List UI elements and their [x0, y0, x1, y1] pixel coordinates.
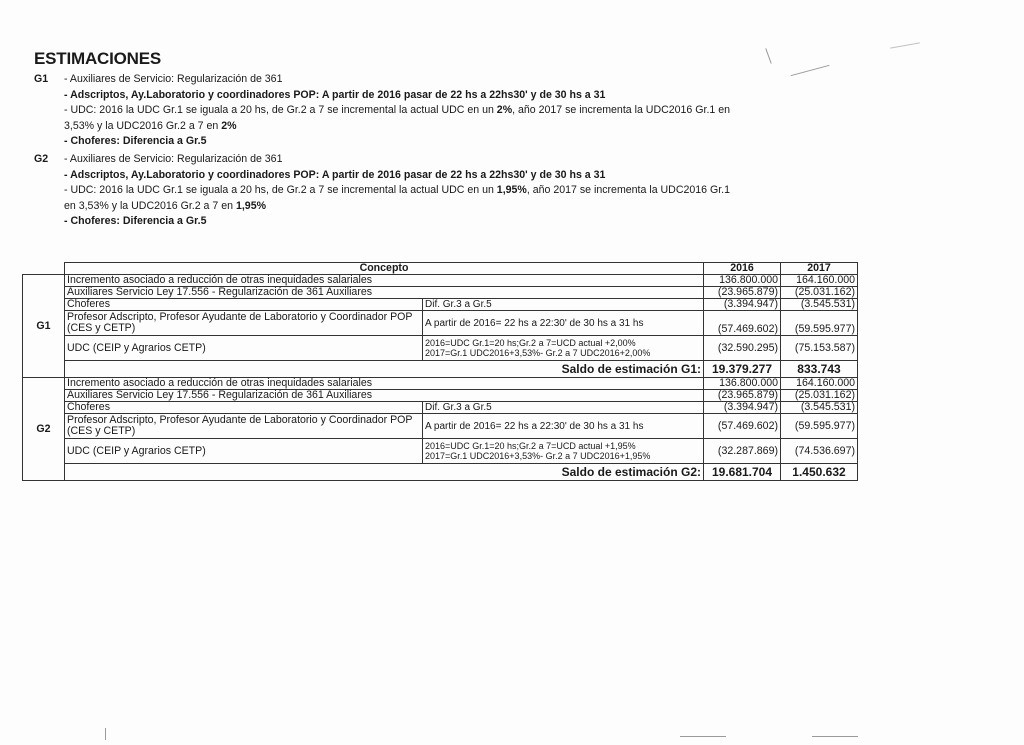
udc-text: - UDC: 2016 la UDC Gr.1 se iguala a 20 h… — [64, 104, 497, 116]
value-2016: (57.469.602) — [704, 311, 781, 336]
udc-pct: 2% — [221, 120, 236, 132]
est-line: - Auxiliares de Servicio: Regularización… — [34, 152, 736, 168]
table-row: UDC (CEIP y Agrarios CETP) 2016=UDC Gr.1… — [23, 439, 858, 464]
udc-pct: 2% — [497, 104, 512, 116]
udc-pct: 1,95% — [497, 184, 527, 196]
est-line-udc: - UDC: 2016 la UDC Gr.1 se iguala a 20 h… — [34, 183, 736, 214]
table-row: Profesor Adscripto, Profesor Ayudante de… — [23, 311, 858, 336]
value-2017: (75.153.587) — [781, 336, 858, 361]
header-concepto: Concepto — [65, 263, 704, 275]
value-2017: 164.160.000 — [781, 275, 858, 287]
scan-mark — [791, 65, 830, 76]
est-line: - Adscriptos, Ay.Laboratorio y coordinad… — [34, 168, 736, 184]
value-2017: (74.536.697) — [781, 439, 858, 464]
concept-cell: Incremento asociado a reducción de otras… — [65, 275, 704, 287]
group-label-g1: G1 — [34, 72, 48, 88]
value-2017: (3.545.531) — [781, 402, 858, 414]
header-2016: 2016 — [704, 263, 781, 275]
concept-cell: Profesor Adscripto, Profesor Ayudante de… — [65, 311, 423, 336]
value-2017: (59.595.977) — [781, 311, 858, 336]
est-line: - Choferes: Diferencia a Gr.5 — [34, 134, 736, 150]
value-2016: (57.469.602) — [704, 414, 781, 439]
table-header-row: Concepto 2016 2017 — [23, 263, 858, 275]
concept-cell: Choferes — [65, 299, 423, 311]
detail-cell: A partir de 2016= 22 hs a 22:30' de 30 h… — [423, 414, 704, 439]
concept-cell: UDC (CEIP y Agrarios CETP) — [65, 336, 423, 361]
detail-line: 2016=UDC Gr.1=20 hs;Gr.2 a 7=UCD actual … — [425, 338, 701, 348]
concept-cell: Incremento asociado a reducción de otras… — [65, 378, 704, 390]
detail-line: 2017=Gr.1 UDC2016+3,53%- Gr.2 a 7 UDC201… — [425, 451, 701, 461]
udc-text: - UDC: 2016 la UDC Gr.1 se iguala a 20 h… — [64, 184, 497, 196]
saldo-2017: 1.450.632 — [781, 464, 858, 481]
est-line-udc: - UDC: 2016 la UDC Gr.1 se iguala a 20 h… — [34, 103, 736, 134]
value-2017: (25.031.162) — [781, 287, 858, 299]
table-row: Choferes Dif. Gr.3 a Gr.5 (3.394.947) (3… — [23, 299, 858, 311]
saldo-row-g1: Saldo de estimación G1: 19.379.277 833.7… — [23, 361, 858, 378]
value-2017: (59.595.977) — [781, 414, 858, 439]
value-2017: (25.031.162) — [781, 390, 858, 402]
empty-corner — [23, 263, 65, 275]
estimaciones-g1: G1 - Auxiliares de Servicio: Regularizac… — [34, 72, 736, 150]
saldo-row-g2: Saldo de estimación G2: 19.681.704 1.450… — [23, 464, 858, 481]
concept-cell: Auxiliares Servicio Ley 17.556 - Regular… — [65, 390, 704, 402]
table-row: Auxiliares Servicio Ley 17.556 - Regular… — [23, 390, 858, 402]
value-2016: (32.287.869) — [704, 439, 781, 464]
detail-cell: A partir de 2016= 22 hs a 22:30' de 30 h… — [423, 311, 704, 336]
value-2016: (23.965.879) — [704, 390, 781, 402]
value-2016: 136.800.000 — [704, 378, 781, 390]
detail-line: 2016=UDC Gr.1=20 hs;Gr.2 a 7=UCD actual … — [425, 441, 701, 451]
group-label-g2: G2 — [34, 152, 48, 168]
scan-mark — [105, 728, 106, 740]
value-2017: 164.160.000 — [781, 378, 858, 390]
table-row: Profesor Adscripto, Profesor Ayudante de… — [23, 414, 858, 439]
scan-mark — [765, 48, 771, 63]
table-row: Auxiliares Servicio Ley 17.556 - Regular… — [23, 287, 858, 299]
detail-cell: Dif. Gr.3 a Gr.5 — [423, 402, 704, 414]
est-line: - Auxiliares de Servicio: Regularización… — [34, 72, 736, 88]
concept-cell: Auxiliares Servicio Ley 17.556 - Regular… — [65, 287, 704, 299]
detail-cell: 2016=UDC Gr.1=20 hs;Gr.2 a 7=UCD actual … — [423, 336, 704, 361]
saldo-label: Saldo de estimación G1: — [65, 361, 704, 378]
saldo-2016: 19.681.704 — [704, 464, 781, 481]
concept-cell: Profesor Adscripto, Profesor Ayudante de… — [65, 414, 423, 439]
est-line: - Choferes: Diferencia a Gr.5 — [34, 214, 736, 230]
value-2016: (3.394.947) — [704, 402, 781, 414]
value-2016: (3.394.947) — [704, 299, 781, 311]
saldo-2016: 19.379.277 — [704, 361, 781, 378]
saldo-label: Saldo de estimación G2: — [65, 464, 704, 481]
scan-mark — [890, 42, 920, 48]
udc-pct: 1,95% — [236, 200, 266, 212]
document-title: ESTIMACIONES — [34, 49, 161, 69]
table-row: G1 Incremento asociado a reducción de ot… — [23, 275, 858, 287]
group-cell-g1: G1 — [23, 275, 65, 378]
concept-cell: Choferes — [65, 402, 423, 414]
detail-cell: Dif. Gr.3 a Gr.5 — [423, 299, 704, 311]
group-cell-g2: G2 — [23, 378, 65, 481]
value-2016: 136.800.000 — [704, 275, 781, 287]
table-row: Choferes Dif. Gr.3 a Gr.5 (3.394.947) (3… — [23, 402, 858, 414]
saldo-2017: 833.743 — [781, 361, 858, 378]
value-2016: (23.965.879) — [704, 287, 781, 299]
estimation-table: Concepto 2016 2017 G1 Incremento asociad… — [22, 262, 858, 481]
table-row: UDC (CEIP y Agrarios CETP) 2016=UDC Gr.1… — [23, 336, 858, 361]
value-2016: (32.590.295) — [704, 336, 781, 361]
header-2017: 2017 — [781, 263, 858, 275]
scan-mark — [812, 736, 858, 737]
value-2017: (3.545.531) — [781, 299, 858, 311]
table-row: G2 Incremento asociado a reducción de ot… — [23, 378, 858, 390]
concept-cell: UDC (CEIP y Agrarios CETP) — [65, 439, 423, 464]
estimaciones-g2: G2 - Auxiliares de Servicio: Regularizac… — [34, 152, 736, 230]
detail-cell: 2016=UDC Gr.1=20 hs;Gr.2 a 7=UCD actual … — [423, 439, 704, 464]
detail-line: 2017=Gr.1 UDC2016+3,53%- Gr.2 a 7 UDC201… — [425, 348, 701, 358]
est-line: - Adscriptos, Ay.Laboratorio y coordinad… — [34, 88, 736, 104]
scan-mark — [680, 736, 726, 737]
